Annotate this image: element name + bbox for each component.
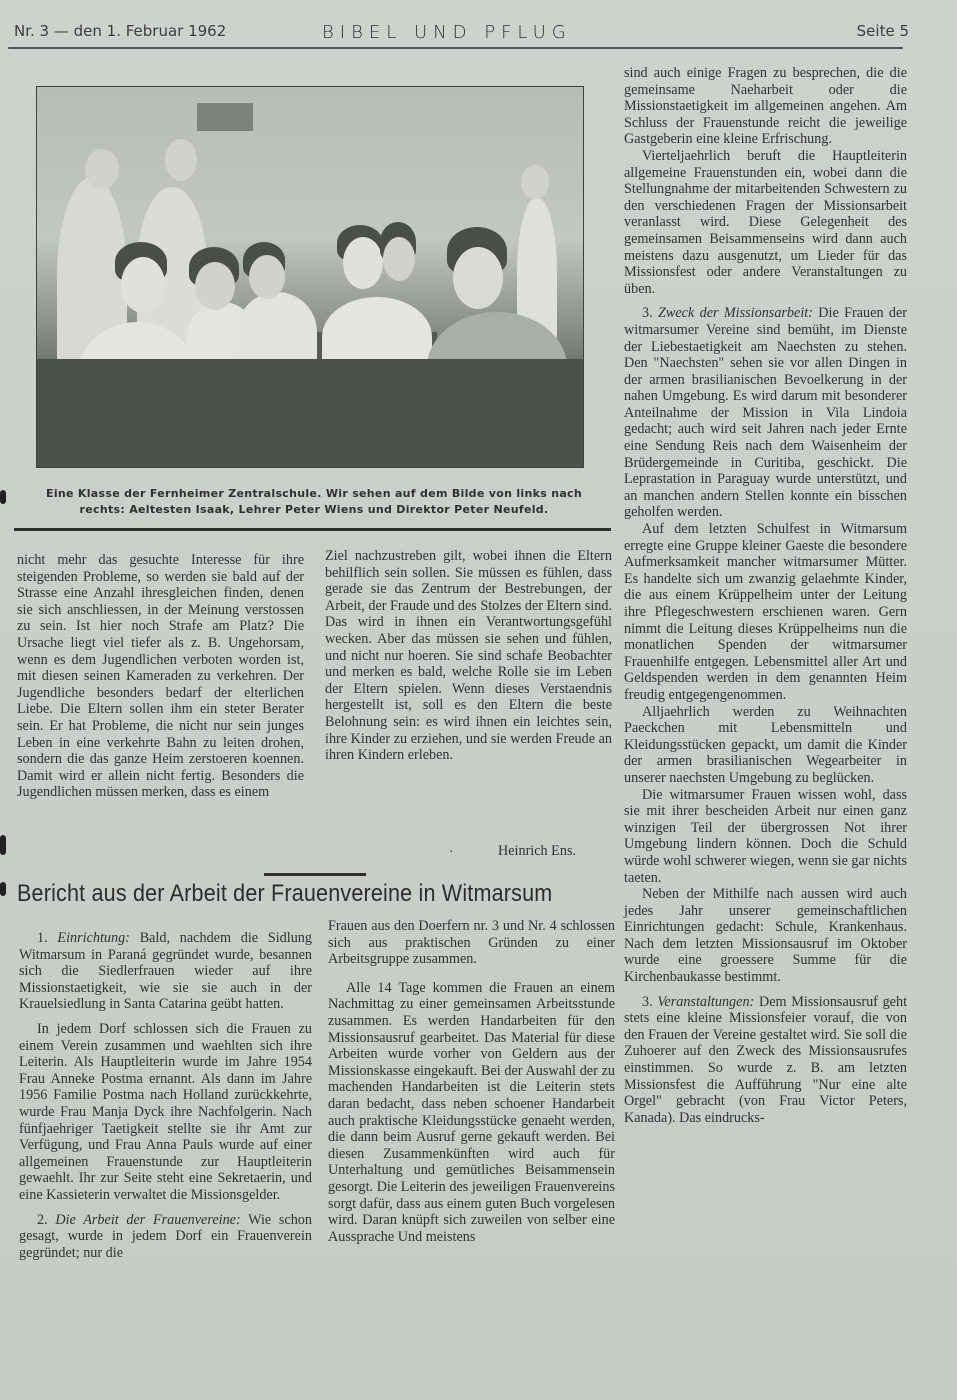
paragraph: sind auch einige Fragen zu besprechen, d… <box>624 65 907 148</box>
edge-mark <box>0 835 6 855</box>
header-rule <box>8 47 903 49</box>
wall-picture <box>197 103 253 131</box>
section-4: 3. Veranstaltungen: Dem Missionsausruf g… <box>624 994 907 1127</box>
section-heading: Zweck der Missionsarbeit: <box>658 305 813 321</box>
page-number: Seite 5 <box>857 22 909 40</box>
section-3: 3. Zweck der Missionsarbeit: Die Frauen … <box>624 305 907 521</box>
paragraph: In jedem Dorf schlossen sich die Frauen … <box>19 1021 312 1204</box>
prev-article-col-2: Ziel nachzustreben gilt, wobei ihnen die… <box>325 548 612 764</box>
article-col-1: 1. Einrichtung: Bald, nachdem die Sidlun… <box>19 930 312 1261</box>
edge-mark <box>0 490 6 504</box>
caption-line-2: rechts: Aeltesten Isaak, Lehrer Peter Wi… <box>40 502 588 518</box>
class-photo <box>36 86 584 468</box>
page-header: Nr. 3 — den 1. Februar 1962 BIBEL UND PF… <box>14 20 909 46</box>
issue-date: Nr. 3 — den 1. Februar 1962 <box>14 22 226 40</box>
section-heading: Einrichtung: <box>57 930 130 946</box>
paragraph: Neben der Mithilfe nach aussen wird auch… <box>624 886 907 986</box>
paragraph: Die witmarsumer Frauen wissen wohl, dass… <box>624 787 907 887</box>
caption-line-1: Eine Klasse der Fernheimer Zentralschule… <box>40 486 588 502</box>
section-heading: Veranstaltungen: <box>657 994 754 1010</box>
article-col-2: Frauen aus den Doerfern nr. 3 und Nr. 4 … <box>328 918 615 1245</box>
newspaper-page: Nr. 3 — den 1. Februar 1962 BIBEL UND PF… <box>0 0 957 1400</box>
author-signature: Heinrich Ens. <box>498 843 576 860</box>
prev-article-col-1: nicht mehr das gesuchte Interesse für ih… <box>17 552 304 801</box>
article-title: Bericht aus der Arbeit der Frauenvereine… <box>17 880 545 908</box>
article-col-3: sind auch einige Fragen zu besprechen, d… <box>624 65 907 1126</box>
caption-rule <box>14 528 611 531</box>
section-heading: Die Arbeit der Frauenvereine: <box>55 1212 240 1228</box>
paragraph: Ziel nachzustreben gilt, wobei ihnen die… <box>325 548 612 764</box>
paragraph: Frauen aus den Doerfern nr. 3 und Nr. 4 … <box>328 918 615 968</box>
paragraph: Vierteljaehrlich beruft die Hauptleiteri… <box>624 148 907 297</box>
edge-mark <box>0 882 6 896</box>
photo-caption: Eine Klasse der Fernheimer Zentralschule… <box>40 486 588 518</box>
article-separator <box>264 873 366 876</box>
section-1: 1. Einrichtung: Bald, nachdem die Sidlun… <box>19 930 312 1013</box>
paragraph: Auf dem letzten Schulfest in Witmarsum e… <box>624 521 907 704</box>
paragraph: Alle 14 Tage kommen die Frauen an einem … <box>328 980 615 1246</box>
newspaper-title: BIBEL UND PFLUG <box>322 22 572 43</box>
front-desk <box>37 359 583 467</box>
paragraph: nicht mehr das gesuchte Interesse für ih… <box>17 552 304 801</box>
signature-dot: · <box>449 845 454 861</box>
section-2: 2. Die Arbeit der Frauenvereine: Wie sch… <box>19 1212 312 1262</box>
paragraph: Alljaehrlich werden zu Weihnachten Paeck… <box>624 704 907 787</box>
